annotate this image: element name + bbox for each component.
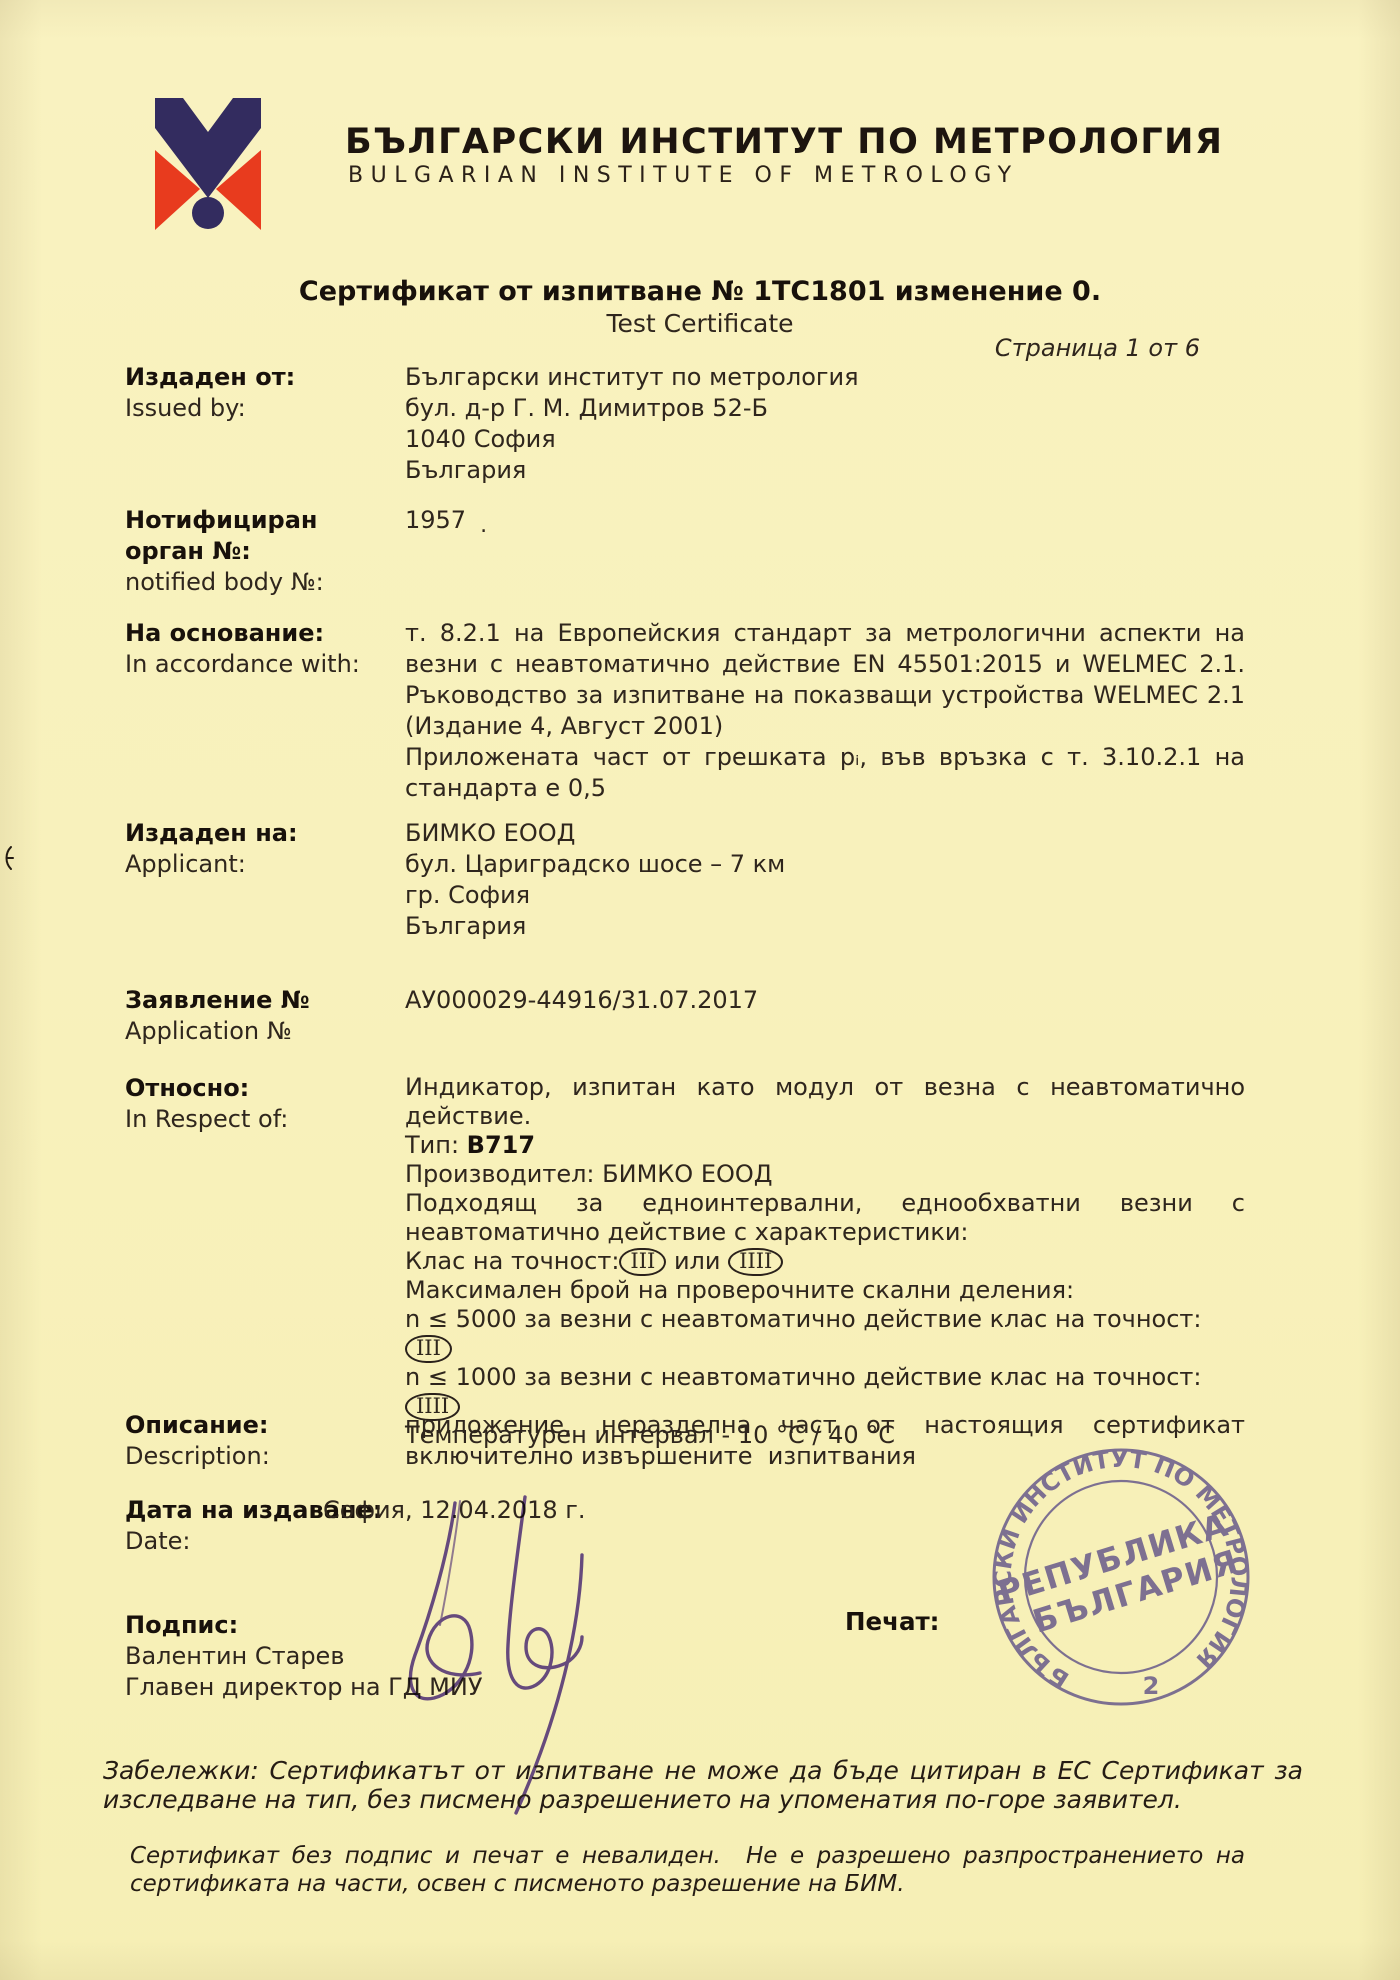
description-line: приложение, неразделна част от настоящия… bbox=[405, 1410, 1245, 1441]
applicant-line: България bbox=[405, 911, 1245, 942]
certificate-page: БЪЛГАРСКИ ИНСТИТУТ ПО МЕТРОЛОГИЯ BULGARI… bbox=[0, 0, 1400, 1980]
issued-by-line: 1040 София bbox=[405, 424, 1245, 455]
basis-label-en: In accordance with: bbox=[125, 649, 397, 680]
scan-artifact bbox=[2, 845, 16, 873]
remarks-note: Забележки: Сертификатът от изпитване не … bbox=[103, 1756, 1303, 1814]
issued-by-line: България bbox=[405, 455, 1245, 486]
org-name-en: BULGARIAN INSTITUTE OF METROLOGY bbox=[348, 163, 1019, 188]
seal-label: Печат: bbox=[845, 1607, 939, 1636]
subject-line: Подходящ за едноинтервални, еднообхватни… bbox=[405, 1189, 1245, 1218]
basis-line: т. 8.2.1 на Европейския стандарт за метр… bbox=[405, 618, 1245, 649]
subject-manufacturer: Производител: БИМКО ЕООД bbox=[405, 1160, 1245, 1189]
page-number: Страница 1 от 6 bbox=[995, 334, 1200, 362]
basis-line: (Издание 4, Август 2001) bbox=[405, 711, 1245, 742]
subject-label-bg: Относно: bbox=[125, 1073, 397, 1104]
accuracy-class-iii-oval: III bbox=[619, 1248, 666, 1276]
type-designation: B717 bbox=[467, 1131, 535, 1159]
subject-line: неавтоматично действие с характеристики: bbox=[405, 1218, 1245, 1247]
subject-line: действие. bbox=[405, 1102, 1245, 1131]
validity-line: сертификата на части, освен с писменото … bbox=[130, 1870, 1245, 1898]
notified-body-label-en: notified body №: bbox=[125, 567, 397, 598]
subject-line: Индикатор, изпитан като модул от везна с… bbox=[405, 1073, 1245, 1102]
description-label-en: Description: bbox=[125, 1441, 397, 1472]
subject-label-en: In Respect of: bbox=[125, 1104, 397, 1135]
applicant-line: БИМКО ЕООД bbox=[405, 818, 1245, 849]
remarks-line: Забележки: Сертификатът от изпитване не … bbox=[103, 1756, 1303, 1785]
issued-by-line: бул. д-р Г. М. Димитров 52-Б bbox=[405, 393, 1245, 424]
applicant-line: гр. София bbox=[405, 880, 1245, 911]
certificate-title-block: Сертификат от изпитване № 1TC1801 измене… bbox=[100, 276, 1300, 338]
issued-by-label-en: Issued by: bbox=[125, 393, 397, 424]
basis-line: везни с неавтоматично действие EN 45501:… bbox=[405, 649, 1245, 680]
bim-logo bbox=[153, 98, 263, 250]
application-label-en: Application № bbox=[125, 1016, 397, 1047]
accuracy-class-iiii-oval: IIII bbox=[728, 1248, 783, 1276]
accuracy-class-line: Клас на точност:III или IIII bbox=[405, 1247, 1245, 1276]
org-name-bg: БЪЛГАРСКИ ИНСТИТУТ ПО МЕТРОЛОГИЯ bbox=[345, 122, 1223, 162]
notified-body-label-bg1: Нотифициран bbox=[125, 505, 397, 536]
official-stamp: БЪЛГАРСКИ ИНСТИТУТ ПО МЕТРОЛОГИЯ 2 РЕПУБ… bbox=[986, 1442, 1256, 1712]
applicant-line: бул. Цариградско шосе – 7 км bbox=[405, 849, 1245, 880]
application-label-bg: Заявление № bbox=[125, 985, 397, 1016]
stamp-bottom-number: 2 bbox=[1143, 1672, 1160, 1700]
description-label-bg: Описание: bbox=[125, 1410, 397, 1441]
accuracy-class-iii-oval: III bbox=[405, 1335, 452, 1363]
basis-line: стандарта е 0,5 bbox=[405, 773, 1245, 804]
logo-dot bbox=[192, 197, 224, 229]
subject-line: Максимален брой на проверочните скални д… bbox=[405, 1276, 1245, 1305]
application-number: АУ000029-44916/31.07.2017 bbox=[405, 985, 1245, 1016]
validity-line: Сертификат без подпис и печат е невалиде… bbox=[130, 1842, 1245, 1870]
validity-note: Сертификат без подпис и печат е невалиде… bbox=[130, 1842, 1245, 1898]
applicant-label-en: Applicant: bbox=[125, 849, 397, 880]
subject-type-line: Тип: B717 bbox=[405, 1131, 1245, 1160]
basis-line: Приложената част от грешката pᵢ, във връ… bbox=[405, 742, 1245, 773]
applicant-label-bg: Издаден на: bbox=[125, 818, 397, 849]
remarks-line: изследване на тип, без писмено разрешени… bbox=[103, 1785, 1303, 1814]
n5000-line: n ≤ 5000 за везни с неавтоматично действ… bbox=[405, 1305, 1245, 1363]
basis-line: Ръководство за изпитване на показващи ус… bbox=[405, 680, 1245, 711]
scan-dot: . bbox=[480, 510, 487, 541]
issued-by-label-bg: Издаден от: bbox=[125, 362, 397, 393]
certificate-title-bg: Сертификат от изпитване № 1TC1801 измене… bbox=[100, 276, 1300, 307]
issued-by-line: Български институт по метрология bbox=[405, 362, 1245, 393]
notified-body-label-bg2: орган №: bbox=[125, 536, 397, 567]
basis-label-bg: На основание: bbox=[125, 618, 397, 649]
notified-body-number: 1957. bbox=[405, 505, 1245, 537]
